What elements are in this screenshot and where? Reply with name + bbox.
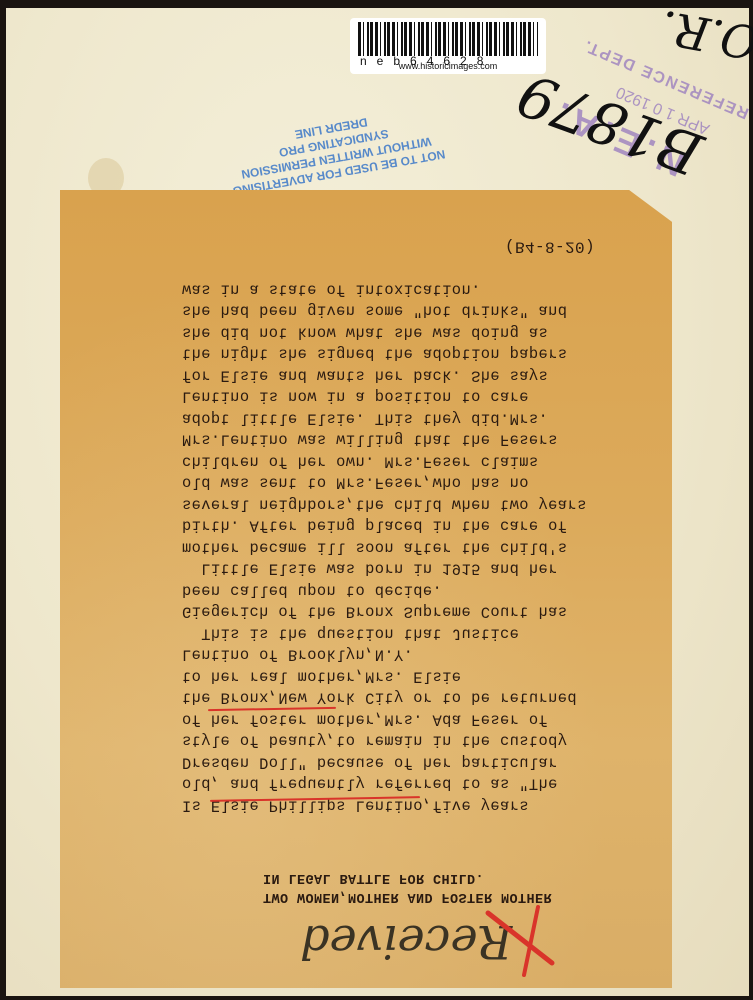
barcode-label: neb64628 www.historicimages.com	[350, 18, 546, 74]
caption-line: Lentino is now in a position to care	[182, 386, 587, 408]
caption-line: Mrs.Lentino was willing that the Fesers	[182, 429, 587, 451]
caption-line: she had been given some "hot drinks" and	[182, 300, 587, 322]
caption-line: mother became ill soon after the child's	[182, 536, 587, 558]
caption-line: old, and frequently referred to as "The	[182, 773, 587, 795]
caption-line: This is the question that Justice	[182, 622, 587, 644]
caption-line: old was sent to Mrs.Feser,who has no	[182, 472, 587, 494]
caption-line: the Bronx,New York City or to be returne…	[182, 687, 587, 709]
caption-line: Little Elsie was born in 1915 and her	[182, 558, 587, 580]
caption-line: was in a state of intoxication.	[182, 278, 587, 300]
caption-body: Is Elsie Phillips Lentino,five yearsold,…	[182, 278, 587, 816]
caption-reference: (B4-8-20)	[505, 235, 595, 257]
caption-line: she did not know what she was doing as	[182, 321, 587, 343]
caption-line: been called upon to decide.	[182, 579, 587, 601]
caption-line: the night she signed the adoption papers	[182, 343, 587, 365]
caption-line: Dresden Doll" because of her particular	[182, 751, 587, 773]
caption-line: style of beauty,to remain in the custody	[182, 730, 587, 752]
caption-line: Giegerich of the Bronx Supreme Court has	[182, 601, 587, 623]
caption-line: for Elsie and wants her back. She says	[182, 364, 587, 386]
caption-line: several neighbors,the child when two yea…	[182, 493, 587, 515]
caption-line: birth. After being placed in the care of	[182, 515, 587, 537]
caption-line: to her real mother,Mrs. Elsie	[182, 665, 587, 687]
headline-line: IN LEGAL BATTLE FOR CHILD.	[263, 868, 552, 887]
barcode-bars	[358, 22, 538, 56]
caption-headline: TWO WOMEN,MOTHER AND FOSTER MOTHERIN LEG…	[263, 868, 552, 906]
red-x-mark-icon	[480, 905, 560, 985]
caption-line: children of her own. Mrs.Feser claims	[182, 450, 587, 472]
headline-line: TWO WOMEN,MOTHER AND FOSTER MOTHER	[263, 887, 552, 906]
caption-line: of her foster mother,Mrs. Ada Feser of	[182, 708, 587, 730]
barcode-site: www.historicimages.com	[350, 61, 546, 71]
caption-line: Lentino of Brooklyn,N.Y.	[182, 644, 587, 666]
caption-line: adopt little Elsie. This they did.Mrs.	[182, 407, 587, 429]
